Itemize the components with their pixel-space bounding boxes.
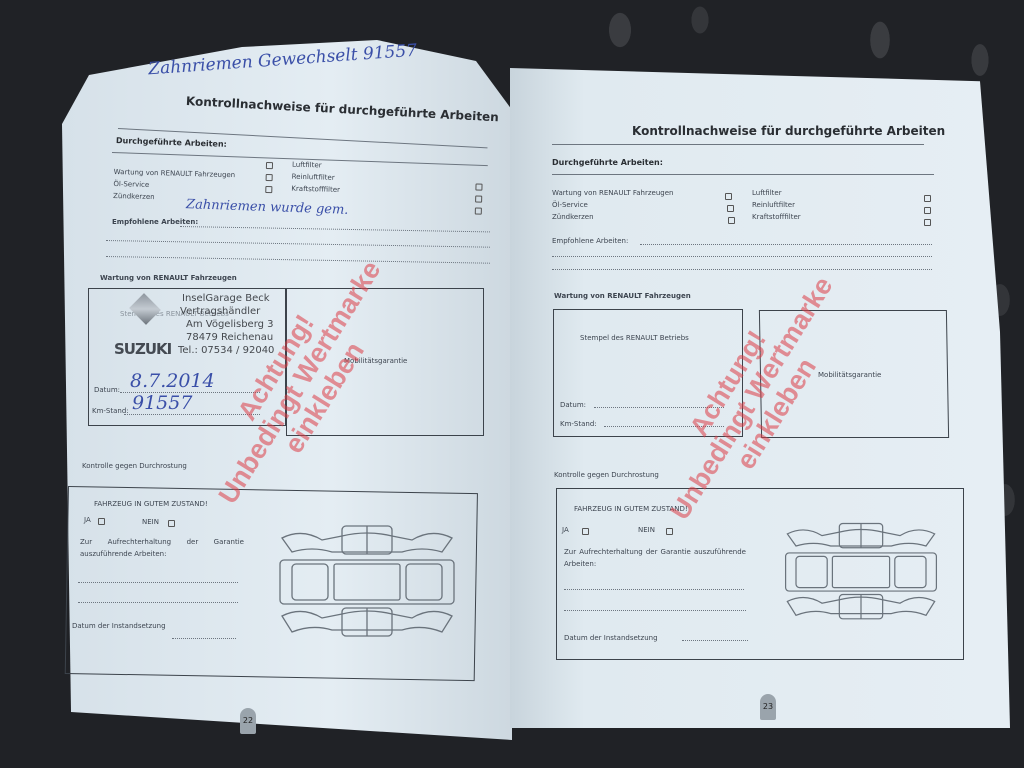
- fill-line: [78, 602, 238, 603]
- right-no-label: NEIN: [638, 526, 655, 534]
- dealer-stamp-line: InselGarage Beck: [182, 292, 270, 305]
- fill-line: [682, 640, 748, 641]
- checkbox[interactable]: [475, 207, 482, 214]
- yes-checkbox[interactable]: [582, 528, 589, 535]
- check-item-label: Öl-Service: [113, 180, 149, 189]
- right-maintenance-label: Wartung von RENAULT Fahrzeugen: [554, 292, 691, 300]
- fill-line: [552, 256, 932, 257]
- dealer-stamp-line: Tel.: 07534 / 92040: [178, 344, 274, 357]
- right-mobility-label: Mobilitätsgarantie: [818, 371, 881, 379]
- fill-line: [172, 638, 236, 639]
- left-condition-label: FAHRZEUG IN GUTEM ZUSTAND!: [94, 500, 208, 508]
- right-recommended-label: Empfohlene Arbeiten:: [552, 237, 628, 245]
- checkbox[interactable]: [924, 195, 931, 202]
- no-checkbox[interactable]: [666, 528, 673, 535]
- left-rust-label: Kontrolle gegen Durchrostung: [82, 462, 187, 470]
- dealer-logo: SUZUKI: [114, 340, 171, 358]
- no-checkbox[interactable]: [168, 520, 175, 527]
- check-item-label: Reinluftfilter: [752, 201, 795, 209]
- fill-line: [552, 269, 932, 270]
- left-page-number: 22: [240, 708, 256, 734]
- car-body-diagram-icon: [272, 522, 462, 642]
- checkbox[interactable]: [725, 193, 732, 200]
- dealer-stamp-line: Vertragshändler: [180, 305, 260, 318]
- fill-line: [78, 582, 238, 583]
- fill-line: [640, 244, 932, 245]
- left-maintenance-label: Wartung von RENAULT Fahrzeugen: [100, 274, 237, 282]
- divider: [552, 144, 924, 145]
- dealer-stamp-line: 78479 Reichenau: [186, 331, 273, 344]
- right-warranty-text: Zur Aufrechterhaltung der Garantie auszu…: [564, 546, 746, 570]
- left-repair-date-label: Datum der Instandsetzung: [72, 622, 166, 630]
- checkbox[interactable]: [727, 205, 734, 212]
- divider: [552, 174, 934, 175]
- check-item-label: Luftfilter: [292, 161, 322, 170]
- checkbox[interactable]: [924, 207, 931, 214]
- fill-line: [564, 610, 746, 611]
- left-no-label: NEIN: [142, 518, 159, 526]
- left-recommended-label: Empfohlene Arbeiten:: [112, 218, 198, 226]
- yes-checkbox[interactable]: [98, 518, 105, 525]
- checkbox[interactable]: [266, 174, 273, 181]
- check-item-label: Kraftstofffilter: [291, 185, 340, 194]
- checkbox[interactable]: [475, 195, 482, 202]
- check-item-label: Kraftstofffilter: [752, 213, 801, 221]
- checkbox[interactable]: [924, 219, 931, 226]
- right-repair-date-label: Datum der Instandsetzung: [564, 634, 658, 642]
- check-item-label: Öl-Service: [552, 201, 588, 209]
- check-item-label: Zündkerzen: [552, 213, 594, 221]
- left-warranty-text: Zur Aufrechterhaltung der Garantie auszu…: [80, 536, 244, 560]
- checkbox[interactable]: [475, 183, 482, 190]
- left-date-label: Datum:: [94, 386, 120, 394]
- check-item-label: Zündkerzen: [113, 192, 155, 201]
- checkbox[interactable]: [266, 162, 273, 169]
- check-item-label: Luftfilter: [752, 189, 782, 197]
- right-section-performed: Durchgeführte Arbeiten:: [552, 158, 663, 167]
- checkbox[interactable]: [728, 217, 735, 224]
- right-stamp-label: Stempel des RENAULT Betriebs: [580, 334, 689, 342]
- fill-line: [564, 589, 744, 590]
- right-page-title: Kontrollnachweise für durchgeführte Arbe…: [632, 124, 945, 138]
- right-km-label: Km-Stand:: [560, 420, 597, 428]
- checkbox[interactable]: [265, 186, 272, 193]
- km-handwritten: 91557: [132, 392, 192, 414]
- right-yes-label: JA: [562, 526, 569, 534]
- right-rust-label: Kontrolle gegen Durchrostung: [554, 471, 659, 479]
- dealer-stamp-line: Am Vögelisberg 3: [186, 318, 274, 331]
- car-body-diagram-icon: [778, 520, 944, 624]
- check-item-label: Wartung von RENAULT Fahrzeugen: [552, 189, 673, 197]
- date-handwritten: 8.7.2014: [130, 370, 215, 392]
- right-page-number: 23: [760, 694, 776, 720]
- right-date-label: Datum:: [560, 401, 586, 409]
- left-yes-label: JA: [84, 516, 91, 524]
- check-item-label: Reinluftfilter: [292, 173, 335, 182]
